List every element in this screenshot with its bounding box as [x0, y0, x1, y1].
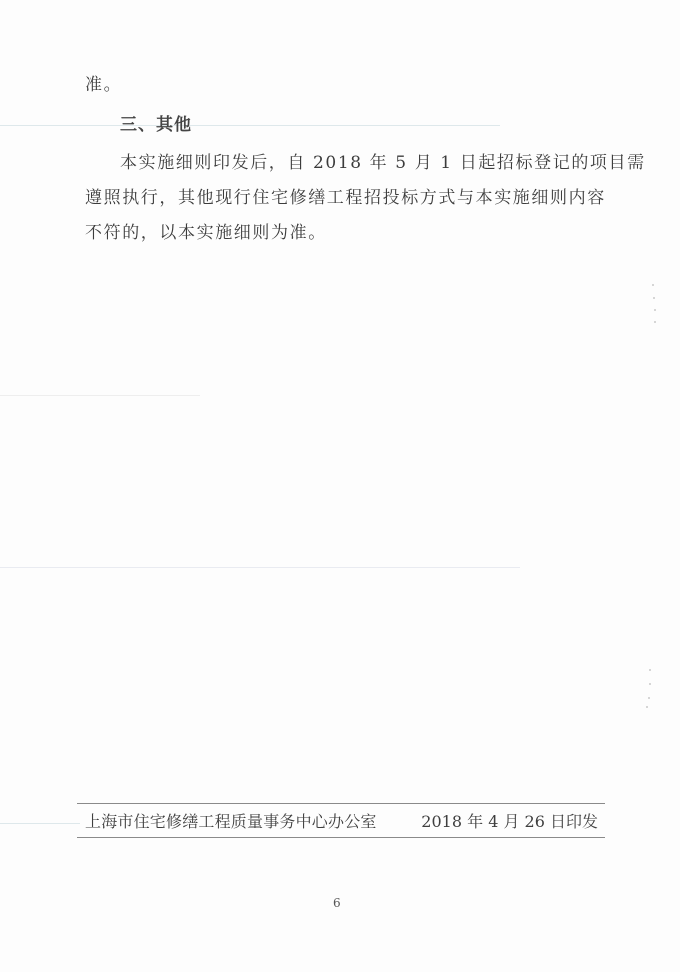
scan-artifact-line — [0, 125, 500, 126]
footer-issue-date: 2018 年 4 月 26 日印发 — [421, 812, 598, 832]
scan-speck — [646, 706, 648, 708]
scan-artifact-line — [0, 823, 80, 824]
scan-speck — [648, 697, 650, 699]
paragraph-line-1: 本实施细则印发后，自 2018 年 5 月 1 日起招标登记的项目需 — [120, 153, 600, 173]
scan-speck — [654, 321, 656, 323]
section-heading: 三、其他 — [120, 115, 192, 135]
scan-speck — [653, 297, 655, 299]
paragraph-line-2: 遵照执行，其他现行住宅修缮工程招投标方式与本实施细则内容 — [85, 188, 600, 208]
scan-artifact-line — [0, 395, 200, 396]
scan-artifact-line — [0, 567, 520, 568]
document-page: 准。 三、其他 本实施细则印发后，自 2018 年 5 月 1 日起招标登记的项… — [0, 0, 680, 972]
scan-speck — [654, 309, 656, 311]
scan-speck — [649, 683, 651, 685]
paragraph-line-3: 不符的，以本实施细则为准。 — [85, 223, 327, 243]
continuation-text: 准。 — [85, 75, 122, 95]
scan-speck — [649, 669, 651, 671]
footer-bottom-rule — [77, 837, 605, 838]
footer-issuer: 上海市住宅修缮工程质量事务中心办公室 — [85, 812, 377, 832]
page-number: 6 — [333, 896, 341, 910]
scan-speck — [652, 284, 654, 286]
footer-top-rule — [77, 803, 605, 804]
